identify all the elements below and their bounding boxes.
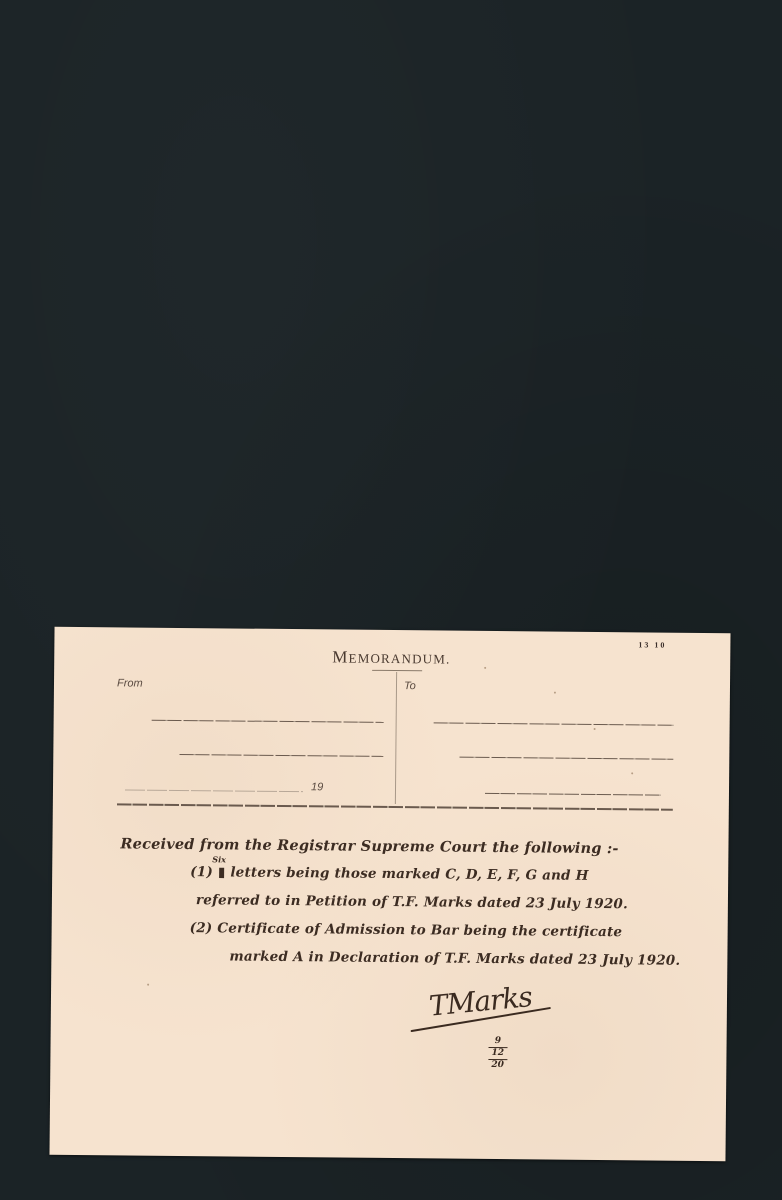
corner-mark: 13 10 <box>638 640 666 649</box>
body-line-4: (2) Certificate of Admission to Bar bein… <box>190 922 623 940</box>
memorandum-heading: MEMORANDUM. <box>332 647 450 668</box>
to-line-3 <box>485 793 661 796</box>
insertion-above: Six <box>212 854 226 864</box>
heading-initial: M <box>332 647 349 666</box>
paper-speck <box>484 667 486 669</box>
memorandum-paper: 13 10 MEMORANDUM. From To 19 Received fr… <box>49 627 730 1161</box>
divider-vertical <box>395 672 397 804</box>
date-day: 9 <box>489 1036 508 1048</box>
paper-speck <box>594 728 596 730</box>
body-line-2: (1) ▮ letters being those marked C, D, E… <box>190 866 589 883</box>
paper-speck <box>554 692 556 694</box>
date-year: 20 <box>488 1060 507 1071</box>
to-label: To <box>404 680 416 692</box>
from-label: From <box>117 677 143 689</box>
from-line-2 <box>179 754 383 757</box>
paper-speck <box>147 984 149 986</box>
heading-rest: EMORANDUM. <box>349 651 451 667</box>
from-line-1 <box>152 720 384 723</box>
date-line <box>125 789 303 792</box>
to-line-2 <box>459 757 673 760</box>
paper-speck <box>631 772 633 774</box>
to-line-1 <box>434 722 674 725</box>
form-bottom-rule <box>117 803 673 810</box>
body-line-1: Received from the Registrar Supreme Cour… <box>120 837 618 856</box>
year-label: 19 <box>311 781 323 793</box>
divider-top <box>372 670 422 671</box>
body-line-5: marked A in Declaration of T.F. Marks da… <box>229 950 680 968</box>
body-line-3: referred to in Petition of T.F. Marks da… <box>196 894 628 912</box>
signature-date: 9 12 20 <box>488 1036 507 1071</box>
date-month: 12 <box>488 1048 507 1060</box>
signature: TMarks <box>428 980 533 1023</box>
